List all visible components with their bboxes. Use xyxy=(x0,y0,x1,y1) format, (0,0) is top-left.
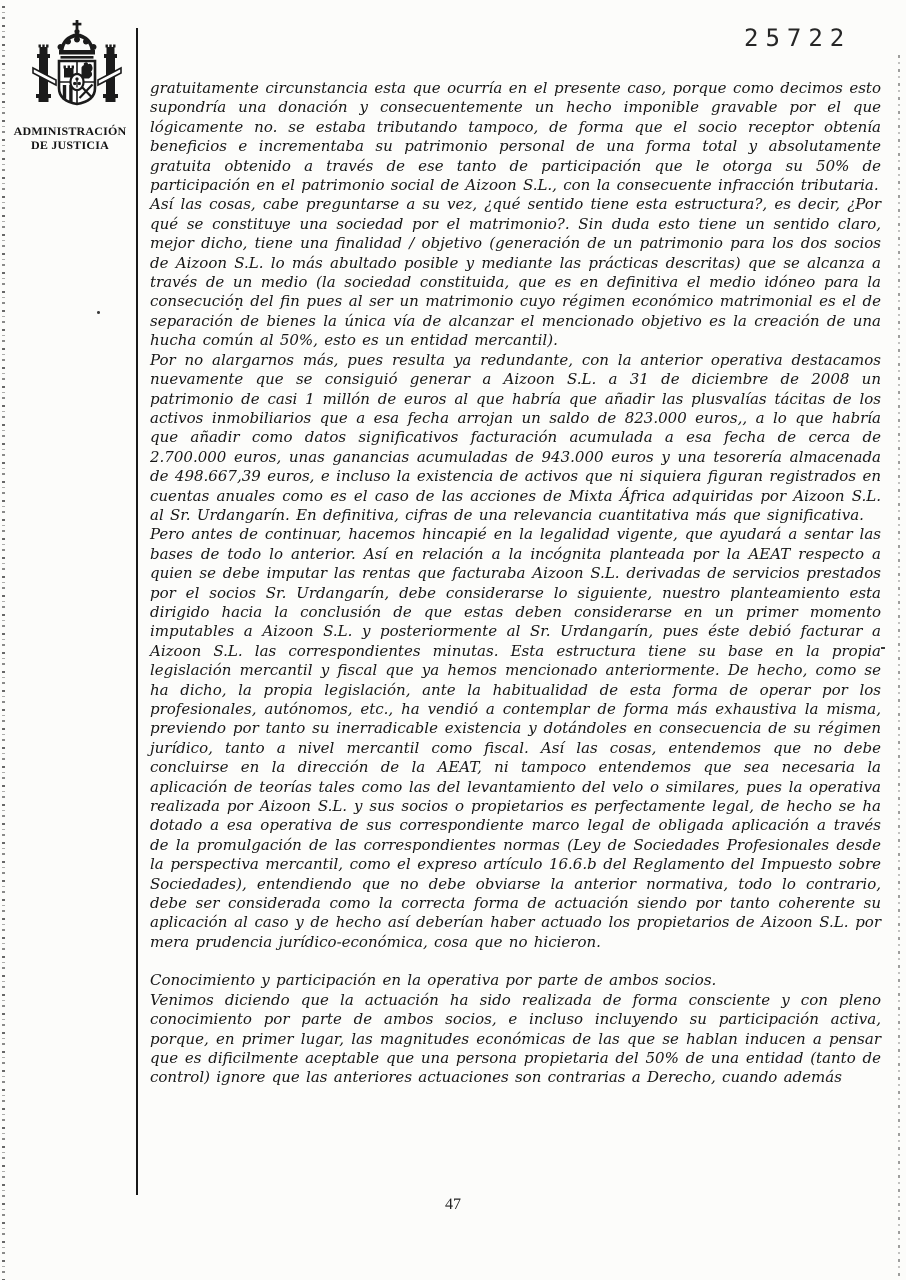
paragraph-4: Pero antes de continuar, hacemos hincapi… xyxy=(150,525,881,952)
scan-speck xyxy=(881,647,885,649)
paragraph-5: Venimos diciendo que la actuación ha sid… xyxy=(150,991,881,1088)
scan-artifact-right-edge xyxy=(898,55,900,1276)
footer-page-number: 47 xyxy=(0,1196,906,1214)
scan-artifact-left-edge xyxy=(2,6,5,1280)
org-name: ADMINISTRACIÓN DE JUSTICIA xyxy=(2,124,138,152)
spain-coat-of-arms-icon xyxy=(28,20,126,124)
scan-speck xyxy=(97,311,100,314)
document-body: gratuitamente circunstancia esta que ocu… xyxy=(150,79,881,1088)
margin-rule xyxy=(136,28,138,1195)
paragraph-3: Por no alargarnos más, pues resulta ya r… xyxy=(150,351,881,526)
scanned-document-page: 25722 xyxy=(0,0,906,1280)
org-name-line2: DE JUSTICIA xyxy=(2,138,138,152)
page-stamp-number: 25722 xyxy=(744,24,851,52)
paragraph-1: gratuitamente circunstancia esta que ocu… xyxy=(150,79,881,195)
paragraph-2: Así las cosas, cabe preguntarse a su vez… xyxy=(150,195,881,350)
section-heading: Conocimiento y participación en la opera… xyxy=(150,971,881,990)
org-name-line1: ADMINISTRACIÓN xyxy=(2,124,138,138)
